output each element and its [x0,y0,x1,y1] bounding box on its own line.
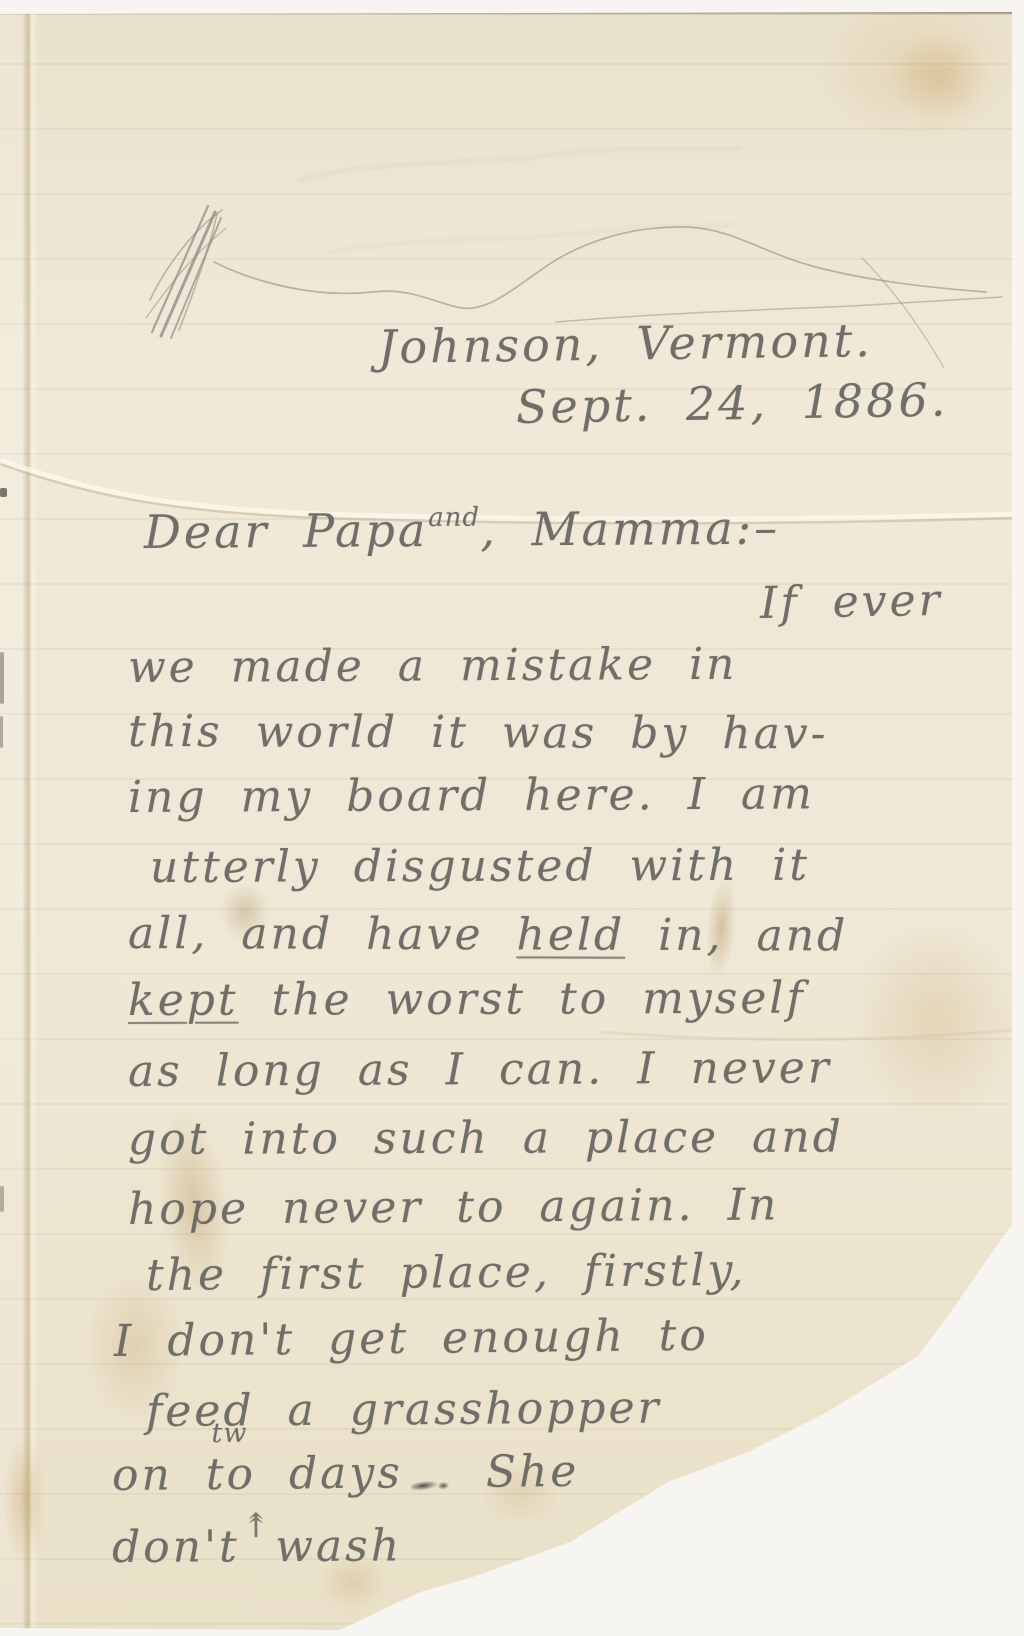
body-line: ing my board here. I am [128,770,815,822]
underlined-word: kept [128,975,239,1026]
body-line-kept: kept the worst to myself [128,975,806,1026]
salutation-superscript-and: and [428,503,480,533]
body-line-held: all, and have held in, and [128,910,848,961]
edge-ink-mark [0,716,3,748]
edge-ink-mark [0,488,7,497]
line-text: on [112,1449,173,1501]
line-text: wash [275,1520,402,1572]
caret-insertion-mark: ↟ [242,1508,274,1546]
corrected-word: to tw [206,1448,290,1500]
letter-scan: Johnson, Vermont. Sept. 24, 1886. Dear P… [0,0,1024,1636]
stain-top-right [890,30,990,125]
salutation-line: Dear Papaand, Mamma:– [144,502,781,558]
edge-ink-mark [0,652,4,704]
body-line: the first place, firstly, [146,1247,747,1301]
line-text: the worst to myself [238,973,805,1026]
line-text: all, and have [128,908,517,960]
body-line-opening: If ever [760,577,943,629]
body-line: got into such a place and [128,1114,844,1165]
underlined-word: held [516,909,625,960]
body-line: we made a mistake in [128,641,738,693]
body-line-wash: don't↟wash [112,1522,402,1572]
dateline-place: Johnson, Vermont. [378,315,873,372]
line-text: to [206,1449,257,1500]
line-text: She [486,1446,580,1498]
edge-ink-mark [0,1186,4,1212]
paper-top-edge [0,12,1012,15]
body-line: this world it was by hav- [128,708,829,759]
insertion-above: tw [211,1419,247,1449]
body-line: as long as I can. I never [128,1044,832,1096]
dateline-date: Sept. 24, 1886. [516,374,949,432]
stain-right-edge [850,920,1020,1120]
line-text: don't [112,1521,240,1573]
body-line-two-days: on to tw days She [112,1448,580,1500]
vertical-fold-crease [22,12,38,1632]
line-text: days [289,1447,403,1499]
salutation-text: Dear Papa [144,503,429,559]
letter-paper: Johnson, Vermont. Sept. 24, 1886. Dear P… [0,0,1024,1636]
line-text: in, and [625,910,848,962]
ink-blot [410,1476,451,1494]
salutation-text: , Mamma:– [480,501,780,557]
body-line: I don't get enough to [114,1312,709,1367]
body-line: hope never to again. In [128,1181,780,1234]
body-line: utterly disgusted with it [150,842,810,893]
